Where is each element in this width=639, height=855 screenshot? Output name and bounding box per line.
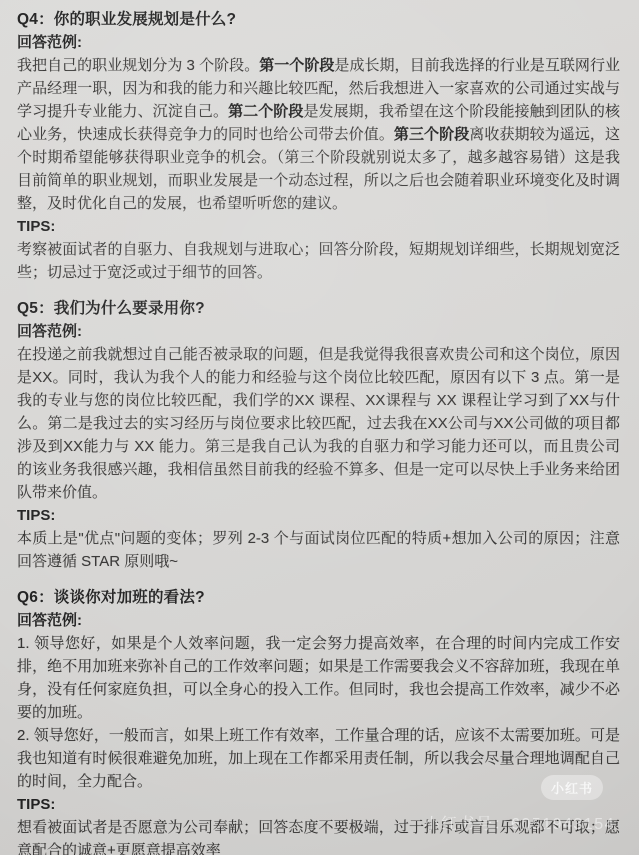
answer-paragraph: 在投递之前我就想过自己能否被录取的问题，但是我觉得我很喜欢贵公司和这个岗位，原因… <box>17 343 620 504</box>
answer-label: 回答范例: <box>17 31 620 54</box>
answer-paragraph: 我把自己的职业规划分为 3 个阶段。第一个阶段是成长期，目前我选择的行业是互联网… <box>17 54 620 215</box>
answer-label: 回答范例: <box>17 609 620 632</box>
tips-paragraph: 考察被面试者的自驱力、自我规划与进取心；回答分阶段，短期规划详细些，长期规划宽泛… <box>17 238 620 284</box>
question-heading: Q5：我们为什么要录用你? <box>17 297 620 320</box>
qa-section-q4: Q4：你的职业发展规划是什么?回答范例:我把自己的职业规划分为 3 个阶段。第一… <box>17 8 620 284</box>
answer-paragraph: 2. 领导您好，一般而言，如果上班工作有效率，工作量合理的话，应该不太需要加班。… <box>17 724 620 793</box>
text-run: 我把自己的职业规划分为 3 个阶段。 <box>17 57 259 74</box>
document-body: Q4：你的职业发展规划是什么?回答范例:我把自己的职业规划分为 3 个阶段。第一… <box>17 8 620 855</box>
tips-label: TIPS: <box>17 215 620 238</box>
qa-section-q5: Q5：我们为什么要录用你?回答范例:在投递之前我就想过自己能否被录取的问题，但是… <box>17 297 620 573</box>
answer-paragraph: 1. 领导您好，如果是个人效率问题，我一定会努力提高效率，在合理的时间内完成工作… <box>17 632 620 724</box>
text-run: 2. 领导您好，一般而言，如果上班工作有效率，工作量合理的话，应该不太需要加班。… <box>17 727 620 790</box>
tips-paragraph: 本质上是"优点"问题的变体；罗列 2-3 个与面试岗位匹配的特质+想加入公司的原… <box>17 527 620 573</box>
question-heading: Q4：你的职业发展规划是什么? <box>17 8 620 31</box>
tips-label: TIPS: <box>17 504 620 527</box>
answer-label: 回答范例: <box>17 320 620 343</box>
question-heading: Q6：谈谈你对加班的看法? <box>17 586 620 609</box>
bold-text-run: 第一个阶段 <box>259 57 334 74</box>
xiaohongshu-account-watermark: 小红书号：6051943154 <box>424 811 616 834</box>
bold-text-run: 第三个阶段 <box>394 126 469 143</box>
text-run: 在投递之前我就想过自己能否被录取的问题，但是我觉得我很喜欢贵公司和这个岗位，原因… <box>17 346 620 501</box>
xiaohongshu-logo-text: 小红书 <box>551 778 593 797</box>
text-run: 1. 领导您好，如果是个人效率问题，我一定会努力提高效率，在合理的时间内完成工作… <box>17 635 620 721</box>
xiaohongshu-badge: 小红书 <box>541 775 603 800</box>
bold-text-run: 第二个阶段 <box>228 103 303 120</box>
